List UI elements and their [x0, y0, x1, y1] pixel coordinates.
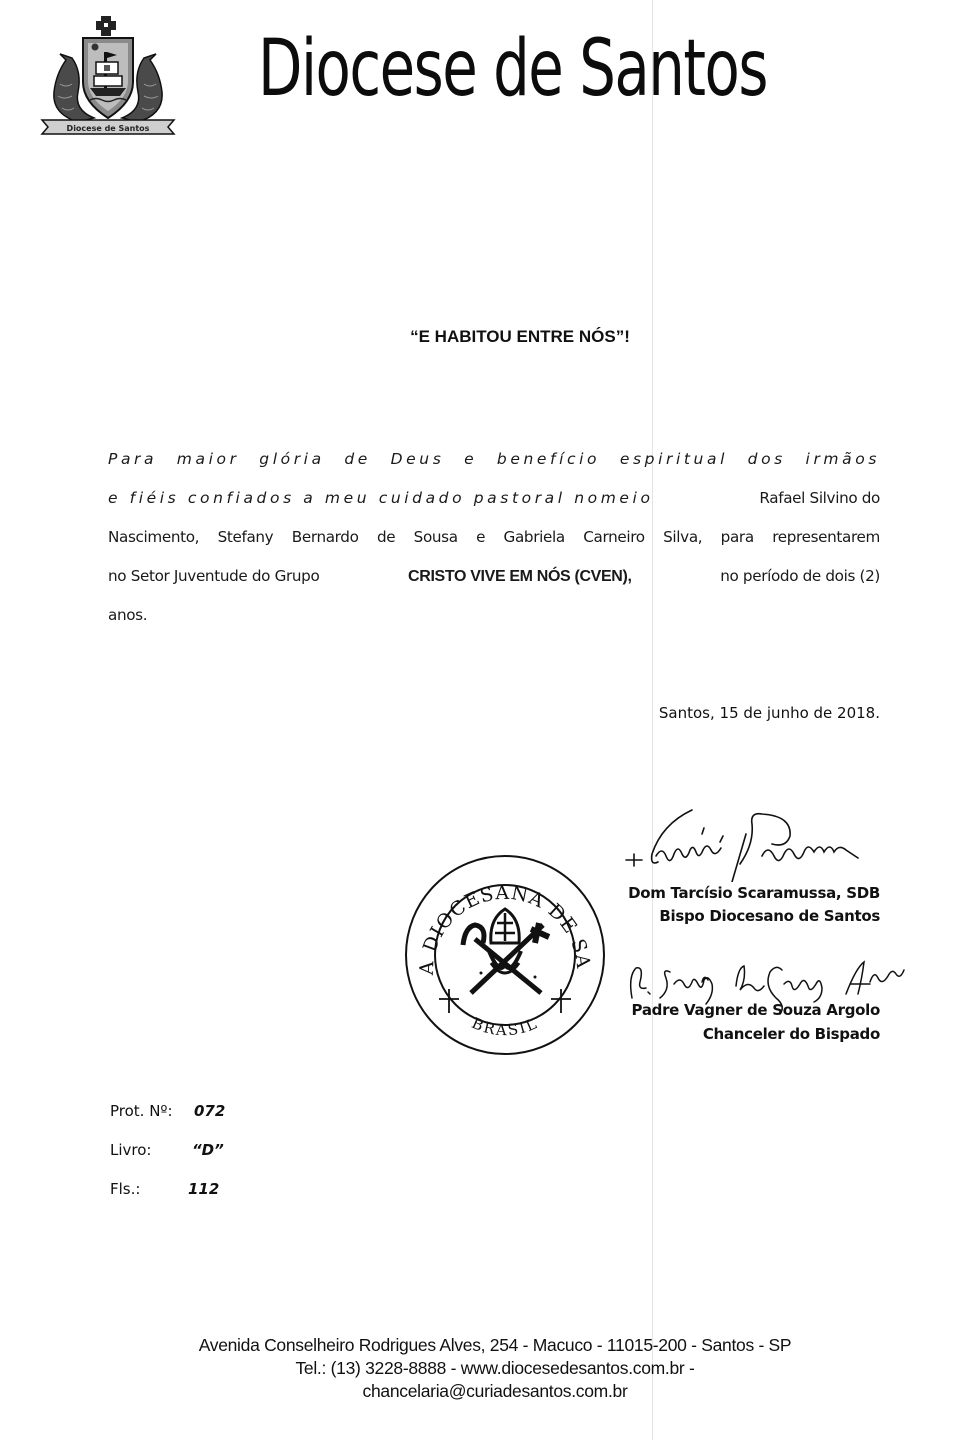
bishop-signature-icon — [622, 804, 892, 882]
footer-address: Avenida Conselheiro Rodrigues Alves, 254… — [0, 1334, 960, 1357]
folio-value: 112 — [188, 1180, 219, 1198]
svg-text:BRASIL: BRASIL — [469, 1014, 541, 1039]
body-line-4-suffix: no período de dois (2) — [720, 557, 880, 596]
book-label: Livro: — [110, 1141, 151, 1159]
body-line-4-prefix: no Setor Juventude do Grupo — [108, 557, 319, 596]
body-line-3: Nascimento, Stefany Bernardo de Sousa e … — [108, 518, 880, 557]
diocese-title: Diocese de Santos — [258, 30, 767, 108]
protocol-number-label: Prot. Nº: — [110, 1102, 173, 1120]
appointee-names-start: Rafael Silvino do — [759, 479, 880, 518]
body-line-4: no Setor Juventude do Grupo CRISTO VIVE … — [108, 557, 880, 596]
chancellor-name: Padre Vagner de Souza Argolo — [632, 1001, 880, 1019]
folio-label: Fls.: — [110, 1180, 140, 1198]
diocese-coat-of-arms-icon: Diocese de Santos — [38, 14, 178, 140]
body-line-1: Para maior glória de Deus e benefício es… — [108, 440, 880, 479]
document-date: Santos, 15 de junho de 2018. — [600, 704, 880, 722]
group-name: CRISTO VIVE EM NÓS (CVEN), — [408, 557, 632, 596]
bishop-title: Bispo Diocesano de Santos — [659, 907, 880, 925]
svg-text:Diocese de Santos: Diocese de Santos — [67, 124, 150, 133]
footer-email: chancelaria@curiadesantos.com.br — [0, 1380, 960, 1403]
chancellor-title: Chanceler do Bispado — [703, 1025, 880, 1043]
body-line-5: anos. — [108, 596, 880, 635]
curia-seal-icon: CURIA DIOCESANA DE SANTOS BRASIL — [403, 853, 607, 1057]
body-line-2: e fiéis confiados a meu cuidado pastoral… — [108, 479, 880, 518]
book-value: “D” — [192, 1141, 224, 1159]
footer-contact: Avenida Conselheiro Rodrigues Alves, 254… — [0, 1334, 960, 1403]
body-italic-text: e fiéis confiados a meu cuidado pastoral… — [108, 479, 654, 518]
bishop-name: Dom Tarcísio Scaramussa, SDB — [628, 884, 880, 902]
document-heading: “E HABITOU ENTRE NÓS”! — [0, 327, 960, 347]
protocol-number-value: 072 — [194, 1102, 225, 1120]
appointment-paragraph: Para maior glória de Deus e benefício es… — [108, 440, 880, 635]
footer-phone-website: Tel.: (13) 3228-8888 - www.diocesedesant… — [0, 1357, 960, 1380]
